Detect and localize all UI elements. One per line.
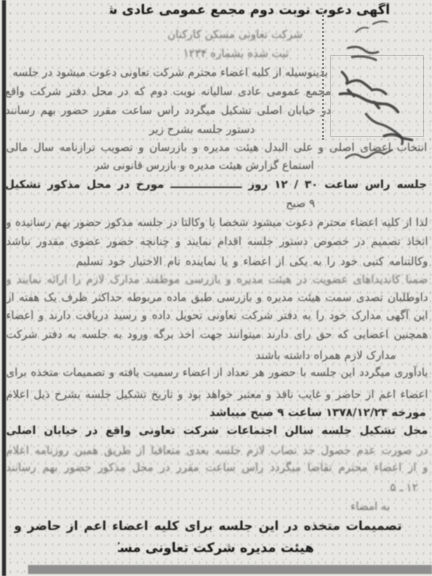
- notice-line-16: این آگهی مدارک خود را به دفتر شرکت تعاون…: [6, 308, 428, 324]
- notice-line-13: وکالتنامه کتبی خود را به یکی از اعضاء و …: [76, 254, 428, 270]
- notice-line-19: یادآوری میگردد این جلسه با حضور هر تعداد…: [6, 365, 428, 381]
- notice-line-15: داوطلبان تصدی سمت هیئت مدیره و بازرسی طب…: [6, 290, 428, 306]
- notice-line-14: ضمنا کاندیداهای عضویت در هیئت مدیره و با…: [6, 272, 428, 288]
- notice-line-18: مدارک لازم همراه داشته باشند: [250, 348, 396, 363]
- notice-line-2: ثبت شده بشماره ۱۲۳۴: [150, 46, 322, 61]
- notice-line-27: تصمیمات متخذه در این جلسه برای کلیه اعضا…: [14, 518, 402, 534]
- notice-line-5: در خیابان اصلی تشکیل میگردد راس ساعت مقر…: [5, 103, 331, 119]
- notice-line-22: محل تشکیل جلسه سالن اجتماعات شرکت تعاونی…: [6, 423, 428, 439]
- notice-line-17: همچنین اعضایی که حق رای دارند میتوانند ج…: [6, 327, 428, 343]
- notice-line-10: ۹ صبح: [280, 196, 315, 211]
- notice-line-9: جلسه راس ساعت ۳۰ / ۱۲ روز ــــــــــــــ…: [5, 177, 427, 193]
- notice-line-21: مورخه ۱۳۷۸/۱۲/۲۴ ساعت ۹ صبح میباشد: [205, 405, 426, 420]
- notice-line-3: بدینوسیله از کلیه اعضاء محترم شرکت تعاون…: [12, 65, 328, 80]
- notice-line-26: به امضاء: [318, 499, 390, 514]
- bottom-gray-bar: [28, 565, 432, 574]
- notice-line-12: اتخاذ تصمیم در خصوص دستور جلسه اقدام نما…: [6, 234, 428, 250]
- notice-line-1: شرکت تعاونی مسکن کارکنان: [150, 27, 320, 42]
- notice-line-8: استماع گزارش هیئت مدیره و بازرس قانونی ش…: [95, 158, 314, 173]
- margin-annotation-area: [318, 10, 430, 170]
- notice-line-23: در صورت عدم حصول حد نصاب لازم جلسه بعدی …: [6, 443, 428, 459]
- notice-line-11: لذا از کلیه اعضاء محترم دعوت میشود شخصا …: [6, 215, 428, 231]
- notice-line-6: دستور جلسه بشرح زیر: [140, 122, 264, 137]
- notice-line-28: هیئت مدیره شرکت تعاونی مسکن قرب: [118, 541, 314, 556]
- handwriting-scribble: [318, 10, 430, 170]
- notice-line-20: اعضاء اعم از حاضر و غایب نافذ و معتبر خو…: [6, 387, 428, 403]
- notice-line-24: و از اعضاء محترم تقاضا میگردد راس ساعت م…: [6, 460, 428, 476]
- notice-line-25: ۱۲ ـ ۵: [335, 480, 418, 495]
- notice-line-4: مجمع عمومی عادی سالیانه نوبت دوم که در م…: [5, 84, 331, 100]
